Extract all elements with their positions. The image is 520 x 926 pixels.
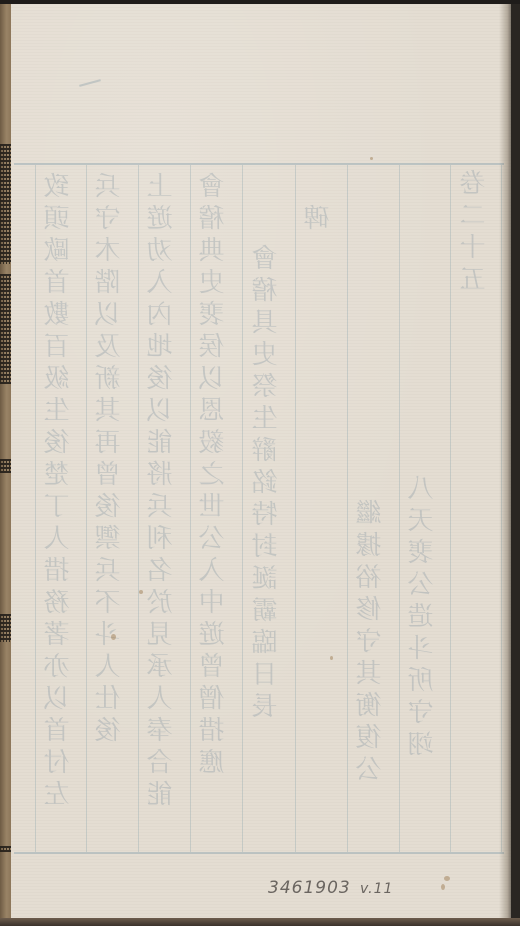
- show-through-column: 碑: [302, 204, 336, 244]
- binding-bleed-text: [0, 846, 11, 852]
- grid-column-rule: [399, 165, 400, 852]
- foxing-spot: [330, 656, 333, 660]
- foxing-spot: [370, 157, 373, 160]
- grid-column-rule: [190, 165, 191, 852]
- show-through-column: [303, 204, 337, 804]
- binding-bleed-text: [0, 459, 11, 473]
- binding-bleed-text: [0, 614, 11, 642]
- grid-column-rule: [35, 165, 36, 852]
- grid-column-rule: [242, 165, 243, 852]
- foxing-spot: [139, 590, 143, 594]
- page-gutter-shadow: [499, 4, 511, 918]
- show-through-column: 八天裵公造斗所守翊: [406, 474, 440, 824]
- foxing-spot: [441, 884, 445, 890]
- grid-bottom-rule: [14, 852, 504, 854]
- scanned-page: 卷二十五 八天裵公造斗所守翊 繼據裕修守其衡復公 碑 會稽具史祭生辭銘特封誕霸臨…: [0, 0, 520, 926]
- grid-column-rule: [295, 165, 296, 852]
- catalog-volume: v.11: [360, 881, 393, 897]
- grid-column-rule: [86, 165, 87, 852]
- grid-column-rule: [347, 165, 348, 852]
- paper-page: 卷二十五 八天裵公造斗所守翊 繼據裕修守其衡復公 碑 會稽具史祭生辭銘特封誕霸臨…: [11, 4, 511, 918]
- foxing-spot: [444, 876, 450, 881]
- grid-column-rule: [138, 165, 139, 852]
- show-through-column: 繼據裕修守其衡復公: [354, 499, 388, 839]
- show-through-column: 兵守木階以及新其再曾後禦兵不斗人仕後: [93, 172, 127, 832]
- show-through-column: 卷二十五: [458, 169, 492, 529]
- foxing-spot: [111, 634, 116, 640]
- grid-column-rule: [450, 165, 451, 852]
- show-through-column: 上遊劝入內地後以能將兵利名於見承人奉合能: [145, 172, 179, 832]
- scan-bottom-edge: [0, 918, 520, 926]
- binding-bleed-text: [0, 144, 11, 264]
- book-binding-edge: [0, 4, 11, 918]
- binding-bleed-text: [0, 274, 11, 384]
- grid-top-rule: [14, 163, 504, 165]
- show-through-column: 會稽典史裵侯以恩毅之世公入中遊曾僧措應: [197, 172, 231, 832]
- show-through-column: 致頭歐首數百級生後楚丁人措務著亦以首付左: [42, 172, 76, 852]
- ghost-mark: [79, 79, 101, 87]
- catalog-call-number: 3461903: [268, 878, 351, 898]
- show-through-column: 會稽具史祭生辭銘特封誕霸臨日長: [250, 244, 284, 824]
